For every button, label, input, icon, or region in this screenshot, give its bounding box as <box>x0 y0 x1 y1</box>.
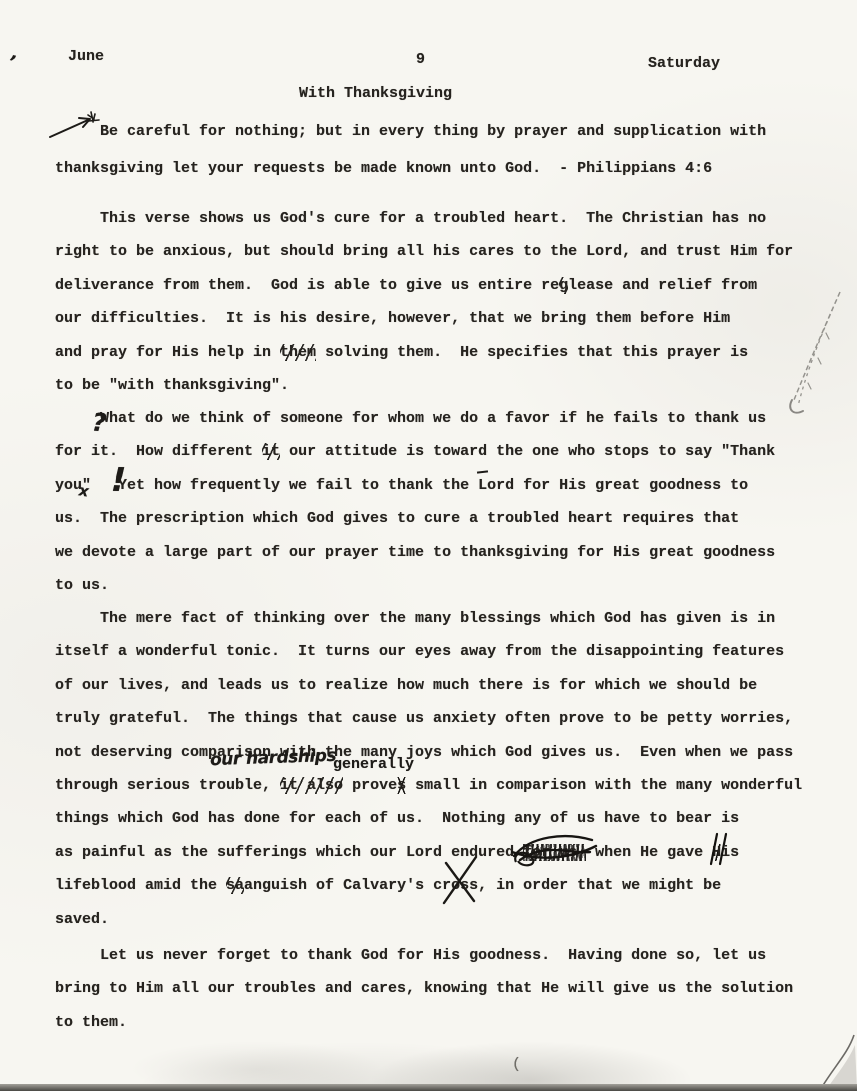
text-line: to be "with thanksgiving". <box>55 369 793 402</box>
text-line: truly grateful. The things that cause us… <box>55 702 802 735</box>
typed-text: things which God has done for each of us… <box>55 810 739 827</box>
text-line: as painful as the sufferings which our L… <box>55 836 802 869</box>
typed-text: The mere fact of thinking over the many … <box>55 610 775 627</box>
typed-text: to us. <box>55 577 109 594</box>
scripture-line: Be careful for nothing; but in every thi… <box>55 114 766 151</box>
header-weekday: Saturday <box>648 55 720 72</box>
typed-text: through serious trouble, <box>55 777 280 794</box>
text-line: itself a wonderful tonic. It turns our e… <box>55 635 802 668</box>
typed-text: saved. <box>55 911 109 928</box>
typed-text: bring to Him all our troubles and cares,… <box>55 980 793 997</box>
typed-text: lifeblood amid the <box>55 877 226 894</box>
text-line: and pray for His help in them solving th… <box>55 336 793 369</box>
typed-text: What do we think of someone for whom we … <box>55 410 766 427</box>
typed-text: anguish of Calvary's cross, in order tha… <box>244 877 721 894</box>
typed-text: prove <box>343 777 397 794</box>
text-line: us. The prescription which God gives to … <box>55 502 775 535</box>
typed-text: when He gave <box>586 844 712 861</box>
text-line: you" Yet how frequently we fail to thank… <box>55 469 775 502</box>
text-line: bring to Him all our troubles and cares,… <box>55 972 793 1005</box>
typed-text: us. The prescription which God gives to … <box>55 510 739 527</box>
paragraph: This verse shows us God's cure for a tro… <box>55 202 793 402</box>
text-line: deliverance from them. God is able to gi… <box>55 269 793 302</box>
scribble-icon <box>510 828 600 868</box>
typed-text: of our lives, and leads us to realize ho… <box>55 677 757 694</box>
text-line: through serious trouble, it also proves … <box>55 769 802 802</box>
text-line: Let us never forget to thank God for His… <box>55 939 793 972</box>
typed-text: Let us never forget to thank God for His… <box>55 947 766 964</box>
typed-text: we devote a large part of our prayer tim… <box>55 544 775 561</box>
paragraph: Let us never forget to thank God for His… <box>55 939 793 1039</box>
typed-text: deliverance from them. God is able to gi… <box>55 277 559 294</box>
text-line: What do we think of someone for whom we … <box>55 402 775 435</box>
paragraph: What do we think of someone for whom we … <box>55 402 775 602</box>
typed-text: for it. How different <box>55 443 262 460</box>
typed-text: our difficulties. It is his desire, howe… <box>55 310 730 327</box>
text-line: This verse shows us God's cure for a tro… <box>55 202 793 235</box>
typed-text: This verse shows us God's cure for a tro… <box>55 210 766 227</box>
text-line: lifeblood amid the saanguish of Calvary'… <box>55 869 802 902</box>
handwritten-question-mark: ? <box>91 408 108 438</box>
text-line: for it. How different it our attitude is… <box>55 435 775 468</box>
text-line: we devote a large part of our prayer tim… <box>55 536 775 569</box>
typed-text: to them. <box>55 1014 127 1031</box>
x-mark-icon <box>436 853 482 909</box>
typed-text: to be "with thanksgiving". <box>55 377 289 394</box>
struck-text: it <box>262 443 280 460</box>
typed-text: solving them. He specifies that this pra… <box>316 344 748 361</box>
insert-arrow-icon <box>48 106 106 142</box>
scripture-line: thanksgiving let your requests be made k… <box>55 151 766 188</box>
scripture-quote: Be careful for nothing; but in every thi… <box>55 114 766 187</box>
page-number: 9 <box>416 51 425 68</box>
typed-text: itself a wonderful tonic. It turns our e… <box>55 643 784 660</box>
typed-text: our attitude is toward the one who stops… <box>280 443 775 460</box>
struck-text: it also <box>280 777 343 794</box>
pen-h-strokes-icon <box>705 832 731 866</box>
typed-text: and pray for His help in <box>55 344 280 361</box>
struck-text: sa <box>226 877 244 894</box>
devotional-title: With Thanksgiving <box>299 85 452 102</box>
text-line: our difficulties. It is his desire, howe… <box>55 302 793 335</box>
typed-text: you" Yet how frequently we fail to thank… <box>55 477 748 494</box>
text-line: things which God has done for each of us… <box>55 802 802 835</box>
scanned-page: June 9 Saturday With Thanksgiving Be car… <box>0 0 857 1091</box>
header-month: June <box>68 48 104 65</box>
scan-edge <box>0 1084 857 1091</box>
typed-text: small in comparison with the many wonder… <box>406 777 802 794</box>
text-line: right to be anxious, but should bring al… <box>55 235 793 268</box>
typed-text: not deserving comparison with the many j… <box>55 744 793 761</box>
ink-smudge-icon <box>778 288 854 440</box>
typed-text: right to be anxious, but should bring al… <box>55 243 793 260</box>
typed-insertion: generally <box>333 756 414 773</box>
stray-pen-mark: ’ <box>6 51 18 73</box>
struck-text: s <box>397 777 406 794</box>
text-line: saved. <box>55 903 802 936</box>
struck-text: g <box>559 277 568 294</box>
text-line: not deserving comparison with the many j… <box>55 736 802 769</box>
stray-paren-mark: ( <box>512 1056 521 1073</box>
handwritten-caret-mark: x <box>78 481 90 500</box>
text-line: to us. <box>55 569 775 602</box>
typed-text: truly grateful. The things that cause us… <box>55 710 793 727</box>
text-line: The mere fact of thinking over the many … <box>55 602 802 635</box>
corner-curl-icon <box>818 1033 857 1091</box>
struck-text: them <box>280 344 316 361</box>
typed-text: lease and relief from <box>568 277 757 294</box>
text-line: of our lives, and leads us to realize ho… <box>55 669 802 702</box>
handwritten-exclamation-mark: ! <box>110 460 126 500</box>
text-line: to them. <box>55 1006 793 1039</box>
paragraph: The mere fact of thinking over the many … <box>55 602 802 936</box>
